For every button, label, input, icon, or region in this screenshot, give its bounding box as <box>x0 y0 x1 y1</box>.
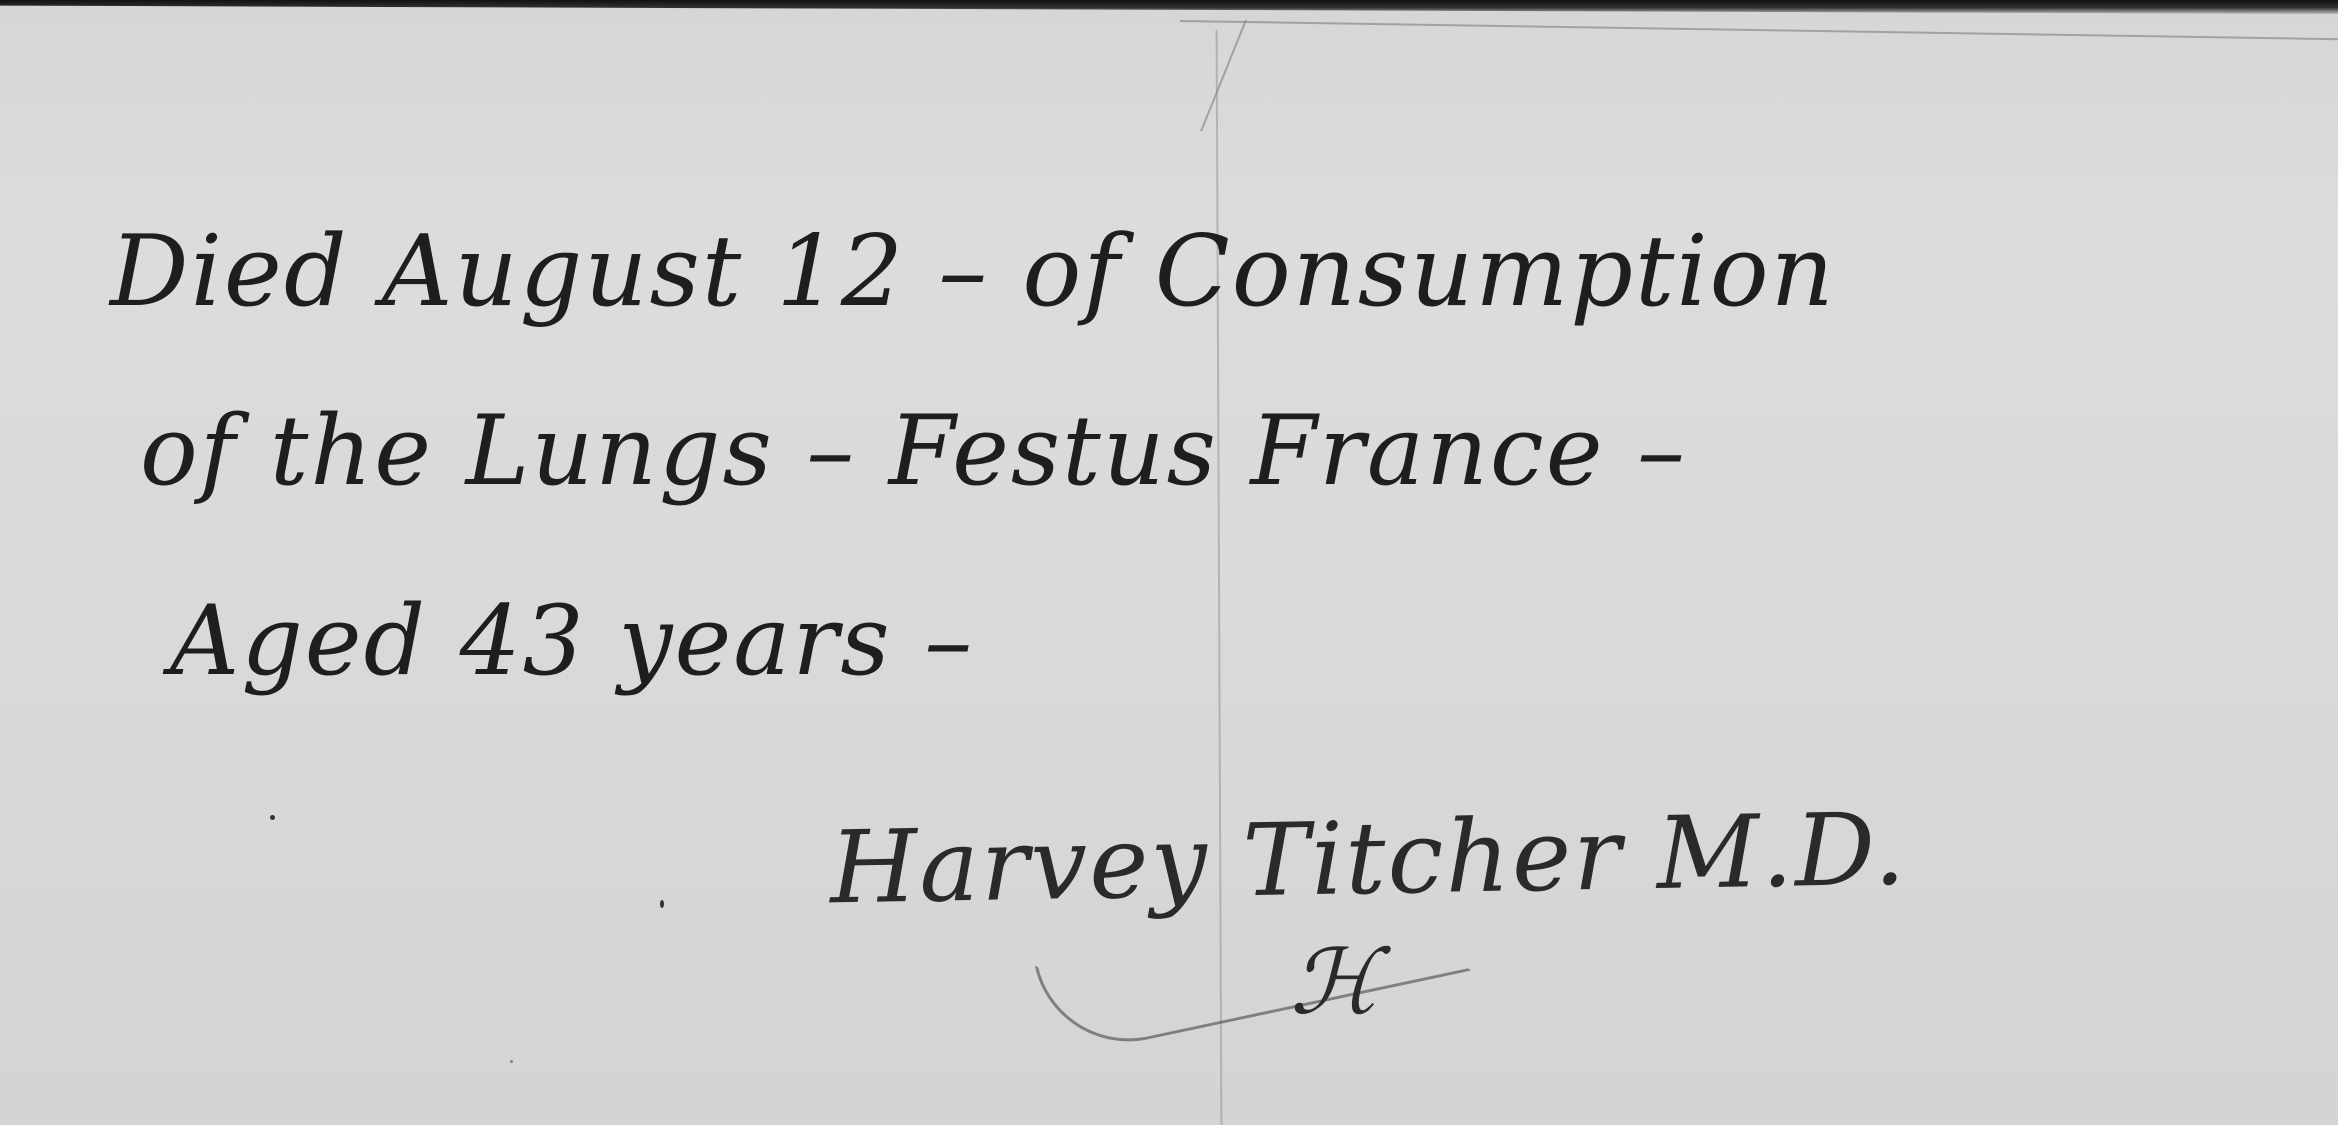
ink-speck <box>660 900 664 908</box>
ink-speck <box>270 815 275 820</box>
record-line-age: Aged 43 years – <box>170 585 974 697</box>
scanned-document-page: Died August 12 – of Consumption of the L… <box>0 0 2338 1125</box>
ink-speck <box>510 1060 513 1063</box>
page-edge-rule <box>1180 20 2338 40</box>
record-line-cause-and-name: of the Lungs – Festus France – <box>140 395 1687 507</box>
scan-top-edge <box>0 0 2338 14</box>
record-line-death-date-cause: Died August 12 – of Consumption <box>110 215 1836 329</box>
signature-mark: ℋ <box>1290 930 1379 1035</box>
fold-slash-mark <box>1200 20 1247 132</box>
